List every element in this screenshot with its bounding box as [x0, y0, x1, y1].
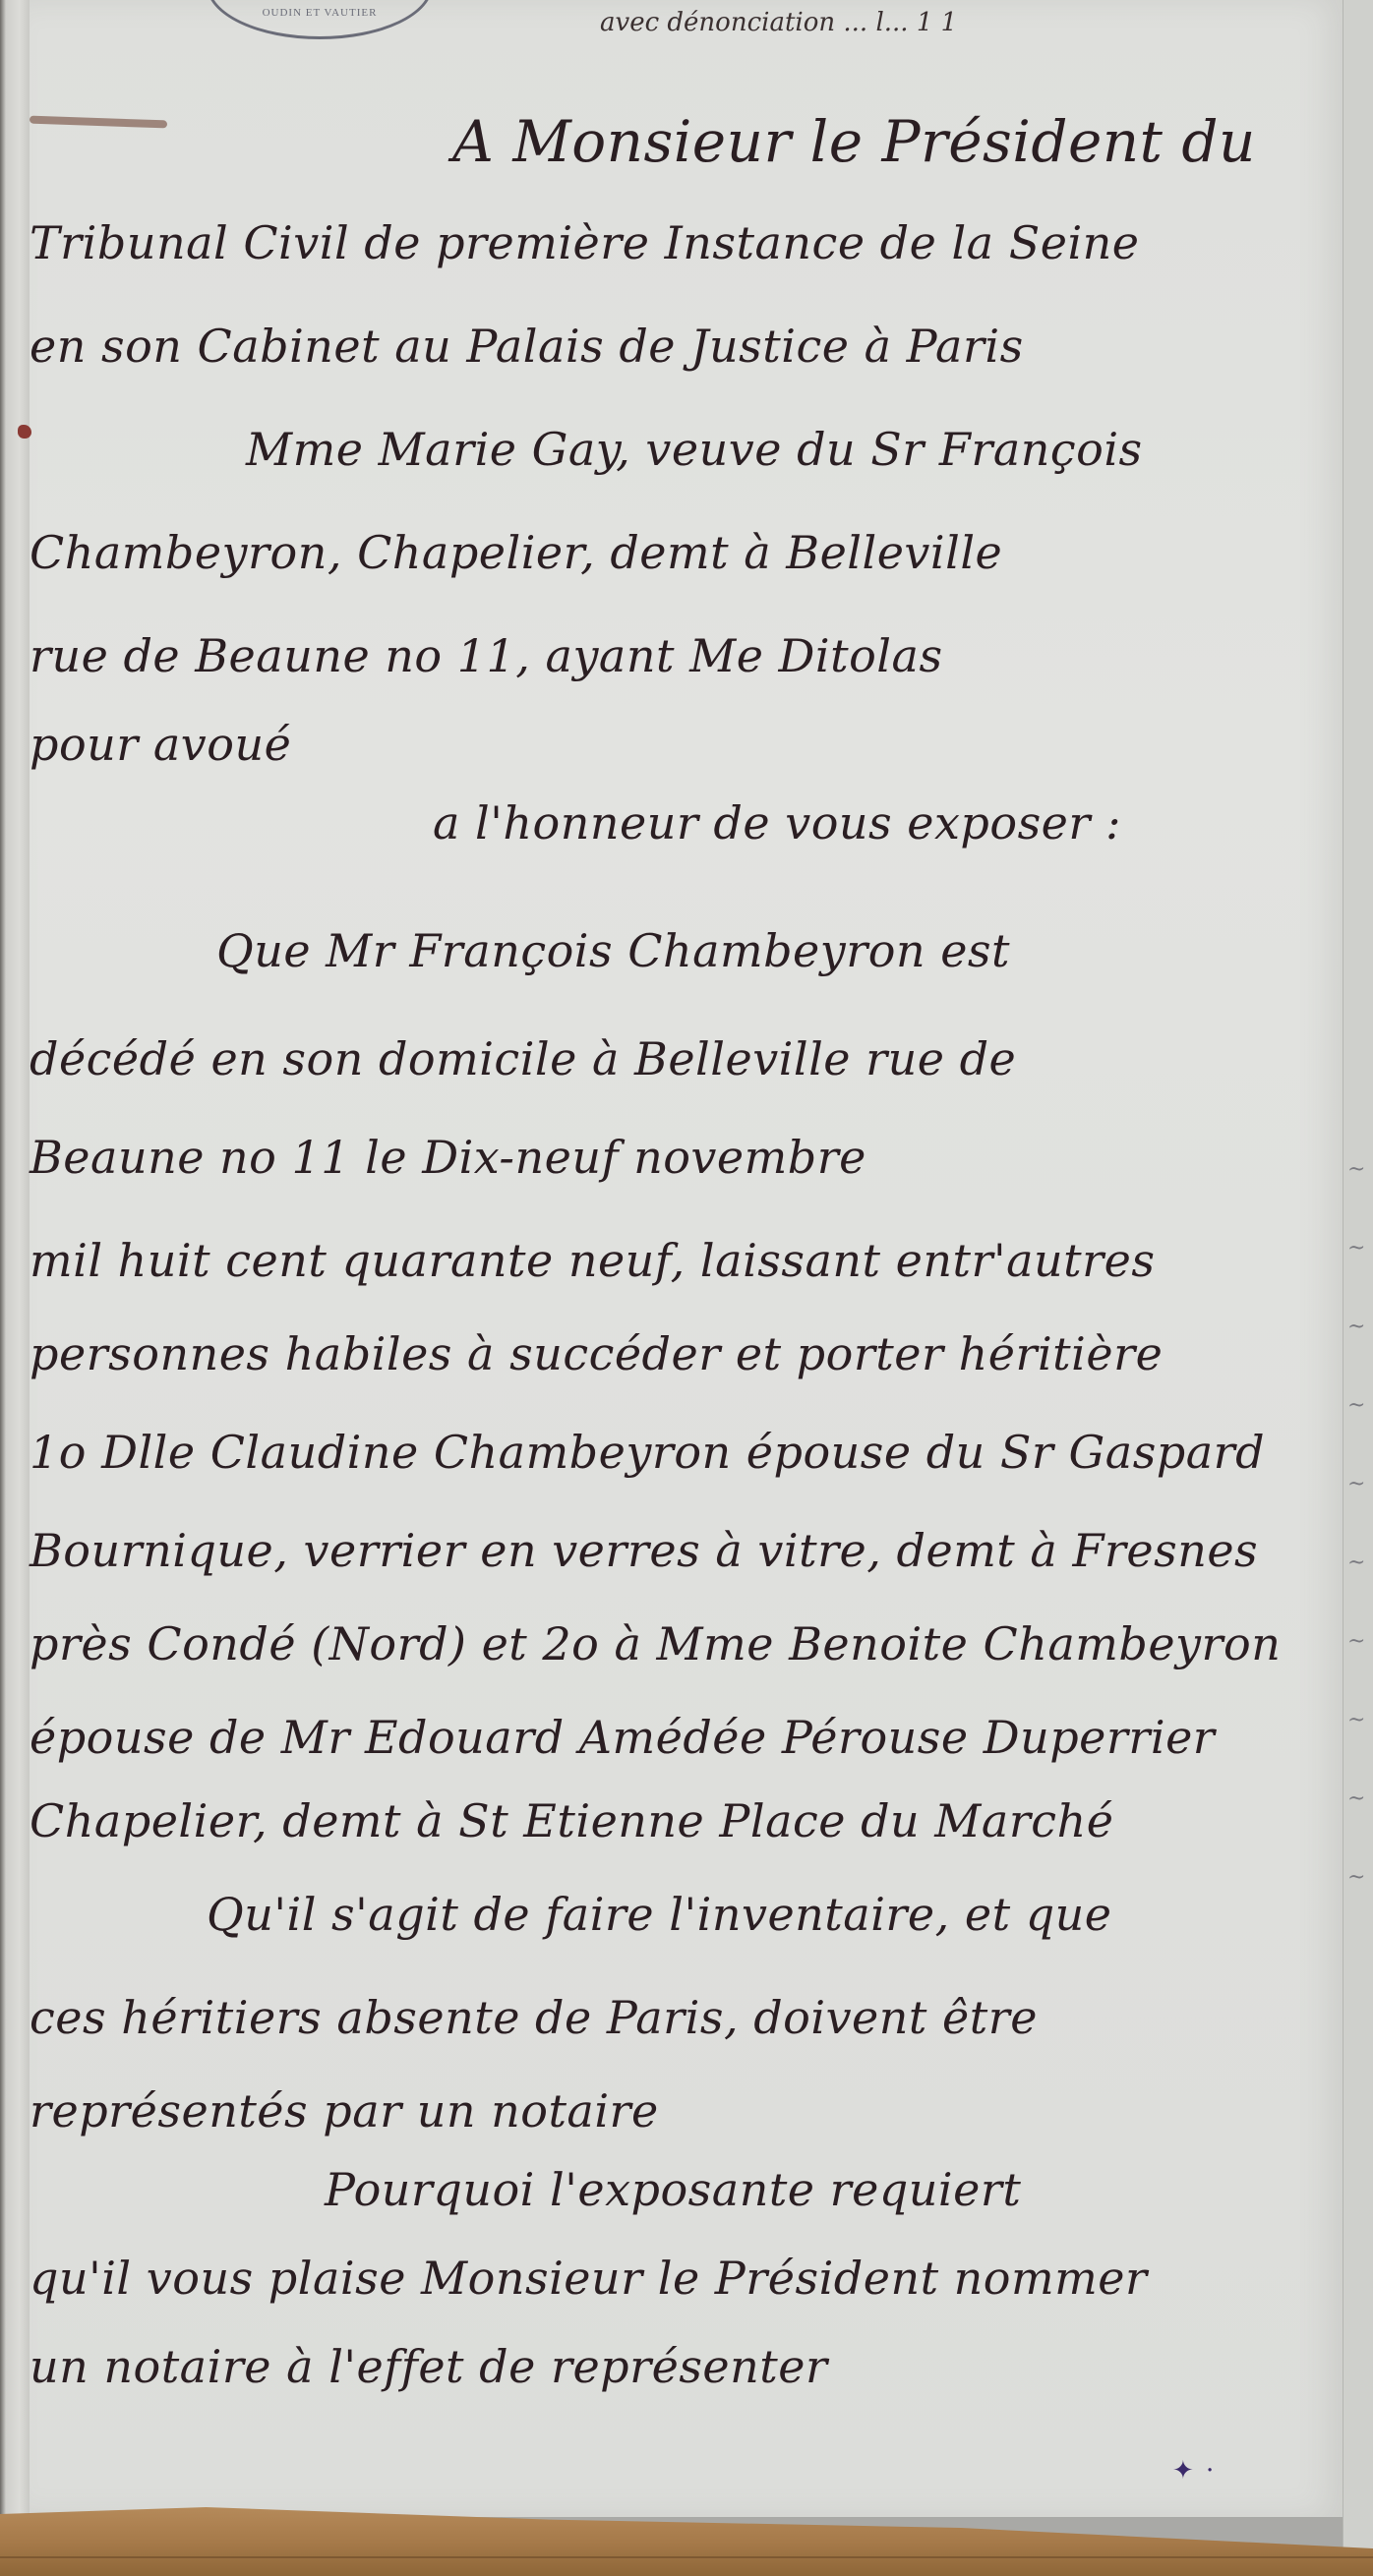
text-line-petitioner: Mme Marie Gay, veuve du Sr François — [246, 423, 1143, 476]
text-line-heir-2: près Condé (Nord) et 2o à Mme Benoite Ch… — [30, 1617, 1281, 1670]
text-line-deceased-2: décédé en son domicile à Belleville rue … — [30, 1032, 1016, 1085]
text-line-request-3: un notaire à l'effet de représenter — [30, 2340, 827, 2393]
text-line-expose: a l'honneur de vous exposer : — [433, 796, 1121, 849]
table-grain-line — [0, 2556, 1373, 2558]
text-line-tribunal: Tribunal Civil de première Instance de l… — [30, 216, 1140, 269]
text-line-inventory: Qu'il s'agit de faire l'inventaire, et q… — [207, 1888, 1112, 1941]
text-line-year: mil huit cent quarante neuf, laissant en… — [30, 1234, 1155, 1287]
text-line-heir-2-address: Chapelier, demt à St Etienne Place du Ma… — [30, 1794, 1113, 1847]
header-annotation: avec dénonciation ... l... 1 1 — [600, 8, 957, 37]
text-line-request-2: qu'il vous plaise Monsieur le Président … — [30, 2252, 1147, 2305]
bleed-through-marks: ~ ~ ~ ~ ~ ~ ~ ~ ~ ~ — [1347, 1131, 1369, 2016]
red-wax-mark — [18, 425, 31, 439]
text-line-absent-heirs: ces héritiers absente de Paris, doivent … — [30, 1991, 1038, 2044]
stamp-text: OUDIN ET VAUTIER — [263, 7, 378, 19]
text-line-date: Beaune no 11 le Dix-neuf novembre — [30, 1131, 866, 1184]
text-line-heir-2-spouse: épouse de Mr Edouard Amédée Pérouse Dupe… — [30, 1711, 1215, 1764]
text-line-cabinet: en son Cabinet au Palais de Justice à Pa… — [30, 320, 1024, 373]
underlying-page-edge: ~ ~ ~ ~ ~ ~ ~ ~ ~ ~ — [1343, 0, 1373, 2556]
text-line-heir-1: 1o Dlle Claudine Chambeyron épouse du Sr… — [30, 1426, 1265, 1479]
text-line-request: Pourquoi l'exposante requiert — [325, 2163, 1021, 2216]
binding-edge — [0, 0, 30, 2576]
text-line-deceased: Que Mr François Chambeyron est — [216, 924, 1010, 977]
text-line-petitioner-2: Chambeyron, Chapelier, demt à Belleville — [30, 526, 1002, 579]
text-line-heir-1-details: Bournique, verrier en verres à vitre, de… — [30, 1524, 1258, 1577]
ink-blot-icon: ✦ · — [1172, 2456, 1216, 2486]
text-line-address: rue de Beaune no 11, ayant Me Ditolas — [30, 629, 943, 682]
wooden-table-surface — [0, 2507, 1373, 2576]
text-line-notary: représentés par un notaire — [30, 2084, 659, 2137]
text-line-avoue: pour avoué — [30, 718, 291, 771]
text-line-addressee: A Monsieur le Président du — [452, 108, 1256, 175]
text-line-heirs: personnes habiles à succéder et porter h… — [30, 1327, 1163, 1380]
